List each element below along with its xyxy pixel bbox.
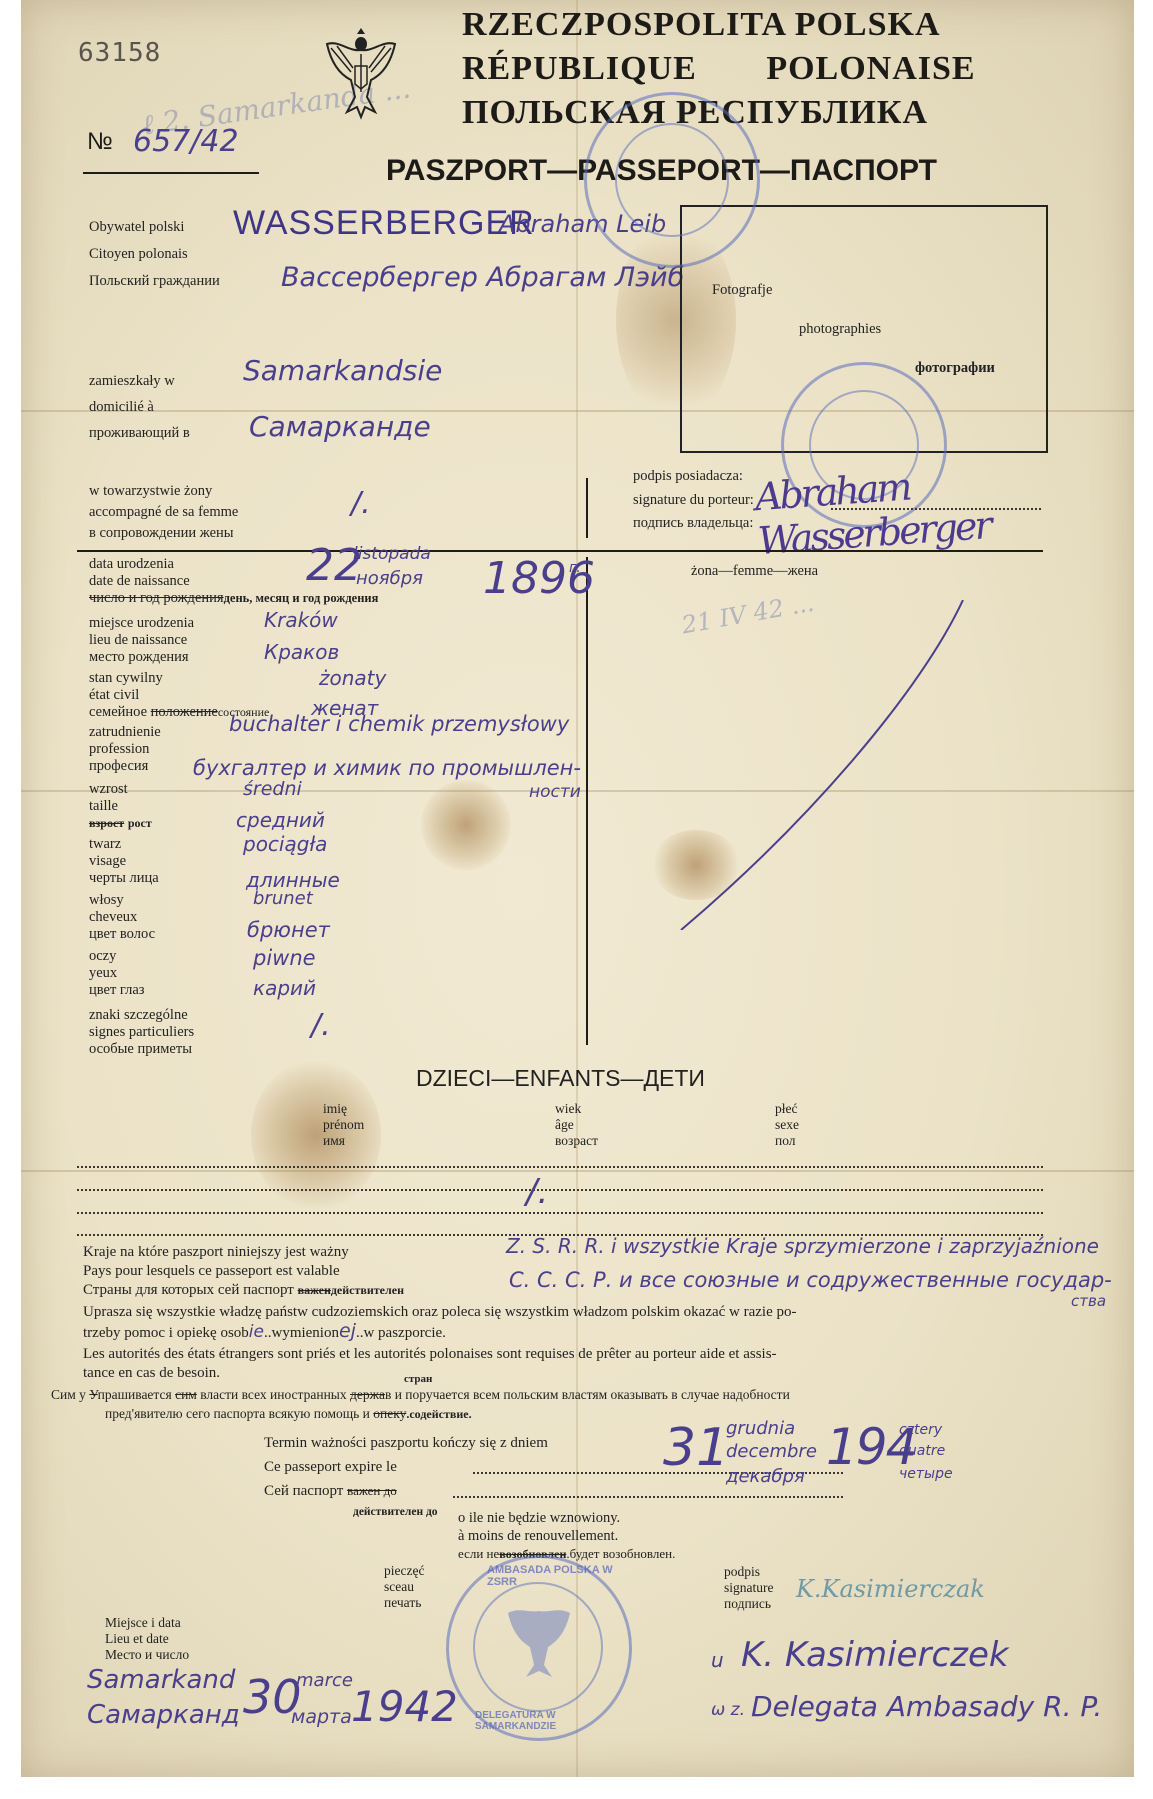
height-label-pl: wzrost — [89, 780, 128, 798]
children-entry: /. — [526, 1172, 548, 1212]
residence-label-fr: domicilié à — [89, 398, 154, 416]
children-row-line — [77, 1189, 1043, 1191]
residence-latin: Samarkandsie — [243, 354, 442, 387]
citizen-label-ru: Польский граждании — [89, 272, 220, 290]
seal-label: pieczęćsceauпечать — [384, 1563, 424, 1611]
expiry-label-ru-insert: действителен до — [353, 1503, 438, 1521]
birth-month-ru: ноября — [356, 568, 423, 589]
countries-label-pl: Kraje na które paszport niniejszy jest w… — [83, 1243, 349, 1261]
request-fr-line1: Les autorités des états étrangers sont p… — [83, 1345, 777, 1363]
profession-pl: buchalter i chemik przemysłowy — [229, 712, 569, 736]
wife-label-fr: accompagné de sa femme — [89, 503, 238, 521]
holder-signature-label-pl: podpis posiadacza: — [633, 467, 743, 485]
expiry-year-suffix-fr: quatre — [899, 1443, 945, 1459]
request-fr-line2: tance en cas de besoin. — [83, 1364, 220, 1382]
eyes-label-fr: yeux — [89, 964, 117, 982]
marks-label-ru: особые приметы — [89, 1040, 192, 1058]
expiry-year-suffix-pl: cztery — [899, 1422, 942, 1438]
birth-date-label-pl: data urodzenia — [89, 555, 174, 573]
signatory-name: K. Kasimierczek — [741, 1635, 1009, 1675]
birth-date-label-fr: date de naissance — [89, 572, 190, 590]
number-underline — [83, 172, 259, 174]
holder-name-cyrillic: Вассербергер Абрагам Лэйб — [281, 262, 684, 293]
signatory-title-prefix: ω z. — [711, 1700, 745, 1720]
eyes-ru: карий — [253, 976, 316, 1000]
issue-month-ru: марта — [291, 1706, 352, 1728]
renewal-fr: à moins de renouvellement. — [458, 1527, 618, 1545]
signatory-prefix: u — [711, 1648, 724, 1672]
expiry-month-ru: декабря — [726, 1466, 805, 1487]
profession-label-ru: професия — [89, 757, 148, 775]
height-label-fr: taille — [89, 797, 118, 815]
column-divider-top — [586, 478, 588, 538]
eyes-label-ru: цвет глаз — [89, 981, 145, 999]
hair-label-fr: cheveux — [89, 908, 137, 926]
hair-label-pl: włosy — [89, 891, 124, 909]
children-col-name: imięprénomимя — [323, 1101, 364, 1149]
hair-label-ru: цвет волос — [89, 925, 155, 943]
valid-countries-pl: Z. S. R. R. i wszystkie Kraje sprzymierz… — [506, 1234, 1099, 1258]
eyes-label-pl: oczy — [89, 947, 116, 965]
profession-ru-cont: ности — [529, 782, 581, 802]
issue-place-ru: Самарканд — [87, 1700, 240, 1730]
country-title-pl: RZECZPOSPOLITA POLSKA — [462, 6, 941, 44]
request-ru-line2: пред'явителю сего паспорта всякую помощь… — [105, 1405, 472, 1423]
civil-status-label-fr: état civil — [89, 686, 139, 704]
passport-document: ℓ.2. Samarkanda ... 21 IV 42 ... 63158 R… — [21, 0, 1134, 1777]
issue-month-fr: marce — [296, 1670, 353, 1691]
expiry-label-fr: Ce passeport expire le — [264, 1458, 397, 1476]
wife-column-header: żona—femme—жена — [691, 562, 818, 580]
passport-number-label: № — [87, 128, 113, 156]
face-label-fr: visage — [89, 852, 126, 870]
children-title: DZIECI—ENFANTS—ДЕТИ — [416, 1065, 705, 1092]
face-pl: pociągła — [243, 832, 327, 856]
birth-year-suffix: г. — [569, 560, 581, 576]
request-ru-line1: Сим у Упрашивается сим власти всех иност… — [51, 1386, 790, 1404]
column-divider — [586, 557, 588, 1045]
seal-eagle-icon — [504, 1603, 574, 1683]
expiry-month-fr: decembre — [726, 1441, 817, 1462]
marks-label-pl: znaki szczególne — [89, 1006, 188, 1024]
expiry-label-ru: Сей паспорт важен до — [264, 1482, 397, 1500]
wife-label-ru: в сопровождении жены — [89, 524, 234, 542]
paper-stain — [421, 780, 511, 870]
birth-place-label-fr: lieu de naissance — [89, 631, 187, 649]
eyes-pl: piwne — [253, 946, 316, 970]
section-divider — [77, 550, 1043, 552]
wife-value: /. — [351, 486, 371, 521]
serial-number: 63158 — [78, 38, 161, 68]
residence-label-ru: проживающий в — [89, 424, 190, 442]
cancel-stroke — [671, 600, 971, 930]
residence-label-pl: zamieszkały w — [89, 372, 175, 390]
request-pl-line2: trzeby pomoc i opiekę osobie..wymienione… — [83, 1322, 446, 1342]
expiry-month-pl: grudnia — [726, 1418, 795, 1439]
citizen-label-pl: Obywatel polski — [89, 218, 184, 236]
countries-label-fr: Pays pour lesquels ce passeport est vala… — [83, 1262, 340, 1280]
height-pl: średni — [243, 778, 302, 800]
marks-label-fr: signes particuliers — [89, 1023, 194, 1041]
children-row-line — [77, 1212, 1043, 1214]
valid-countries-ru: С. С. С. Р. и все союзные и содружествен… — [509, 1268, 1112, 1292]
marks-value: /. — [311, 1008, 331, 1043]
birth-month-pl: listopada — [353, 544, 431, 564]
expiry-label-pl: Termin ważności paszportu kończy się z d… — [264, 1434, 548, 1452]
wife-label-pl: w towarzystwie żony — [89, 482, 212, 500]
face-label-pl: twarz — [89, 835, 121, 853]
profession-label-pl: zatrudnienie — [89, 723, 161, 741]
face-label-ru: черты лица — [89, 869, 159, 887]
renewal-pl: o ile nie będzie wznowiony. — [458, 1509, 620, 1527]
passport-number: 657/42 — [133, 124, 239, 159]
children-col-sex: płećsexeпол — [775, 1101, 799, 1149]
birth-place-pl: Kraków — [264, 608, 338, 632]
civil-status-label-pl: stan cywilny — [89, 669, 163, 687]
place-date-label: Miejsce i dataLieu et dateМесто и число — [105, 1615, 189, 1663]
birth-place-label-pl: miejsce urodzenia — [89, 614, 194, 632]
holder-signature-label-ru: подпись владельца: — [633, 514, 753, 532]
issue-place-pl: Samarkand — [87, 1665, 235, 1695]
holder-signature-label-fr: signature du porteur: — [633, 491, 754, 509]
photo-label-pl: Fotografje — [712, 281, 772, 299]
civil-status-pl: żonaty — [319, 666, 386, 690]
country-title-fr: RÉPUBLIQUE POLONAISE — [462, 50, 976, 88]
expiry-dotted-line — [453, 1496, 843, 1498]
hair-ru: брюнет — [247, 918, 330, 942]
polish-eagle-emblem-icon — [321, 22, 401, 122]
photo-label-fr: photographies — [799, 320, 881, 338]
valid-countries-ru-cont: ства — [1071, 1292, 1106, 1310]
photo-label-ru: фотографии — [915, 359, 995, 377]
profession-label-fr: profession — [89, 740, 149, 758]
issuer-signature: K.Kasimierczak — [796, 1575, 985, 1603]
birth-place-label-ru: место рождения — [89, 648, 189, 666]
holder-surname: WASSERBERGER — [233, 204, 535, 243]
embassy-stamp-top — [584, 92, 760, 268]
residence-cyrillic: Самарканде — [249, 410, 431, 443]
signatory-title: Delegata Ambasady R. P. — [751, 1690, 1102, 1723]
birth-date-label-ru-old: число и год рождениядень, месяц и год ро… — [89, 589, 378, 607]
expiry-year-suffix-ru: четыре — [899, 1466, 953, 1482]
embassy-seal: AMBASADA POLSKA W ZSRR DELEGATURA W SAMA… — [446, 1555, 632, 1741]
hair-pl: brunet — [253, 888, 313, 909]
countries-label-ru: Страны для которых сей паспорт важендейс… — [83, 1281, 404, 1299]
birth-place-ru: Краков — [264, 640, 339, 664]
expiry-day: 31 — [663, 1418, 729, 1478]
profession-ru: бухгалтер и химик по промышлен- — [193, 756, 581, 780]
request-pl-line1: Uprasza się wszystkie władzę państw cudz… — [83, 1303, 797, 1321]
citizen-label-fr: Citoyen polonais — [89, 245, 188, 263]
children-row-line — [77, 1166, 1043, 1168]
height-ru: средний — [236, 808, 325, 832]
height-label-ru: взрост рост — [89, 814, 152, 832]
children-col-age: wiekâgeвозраст — [555, 1101, 598, 1149]
issue-year: 1942 — [351, 1682, 458, 1731]
issuer-signature-label: podpissignatureподпись — [724, 1564, 774, 1612]
